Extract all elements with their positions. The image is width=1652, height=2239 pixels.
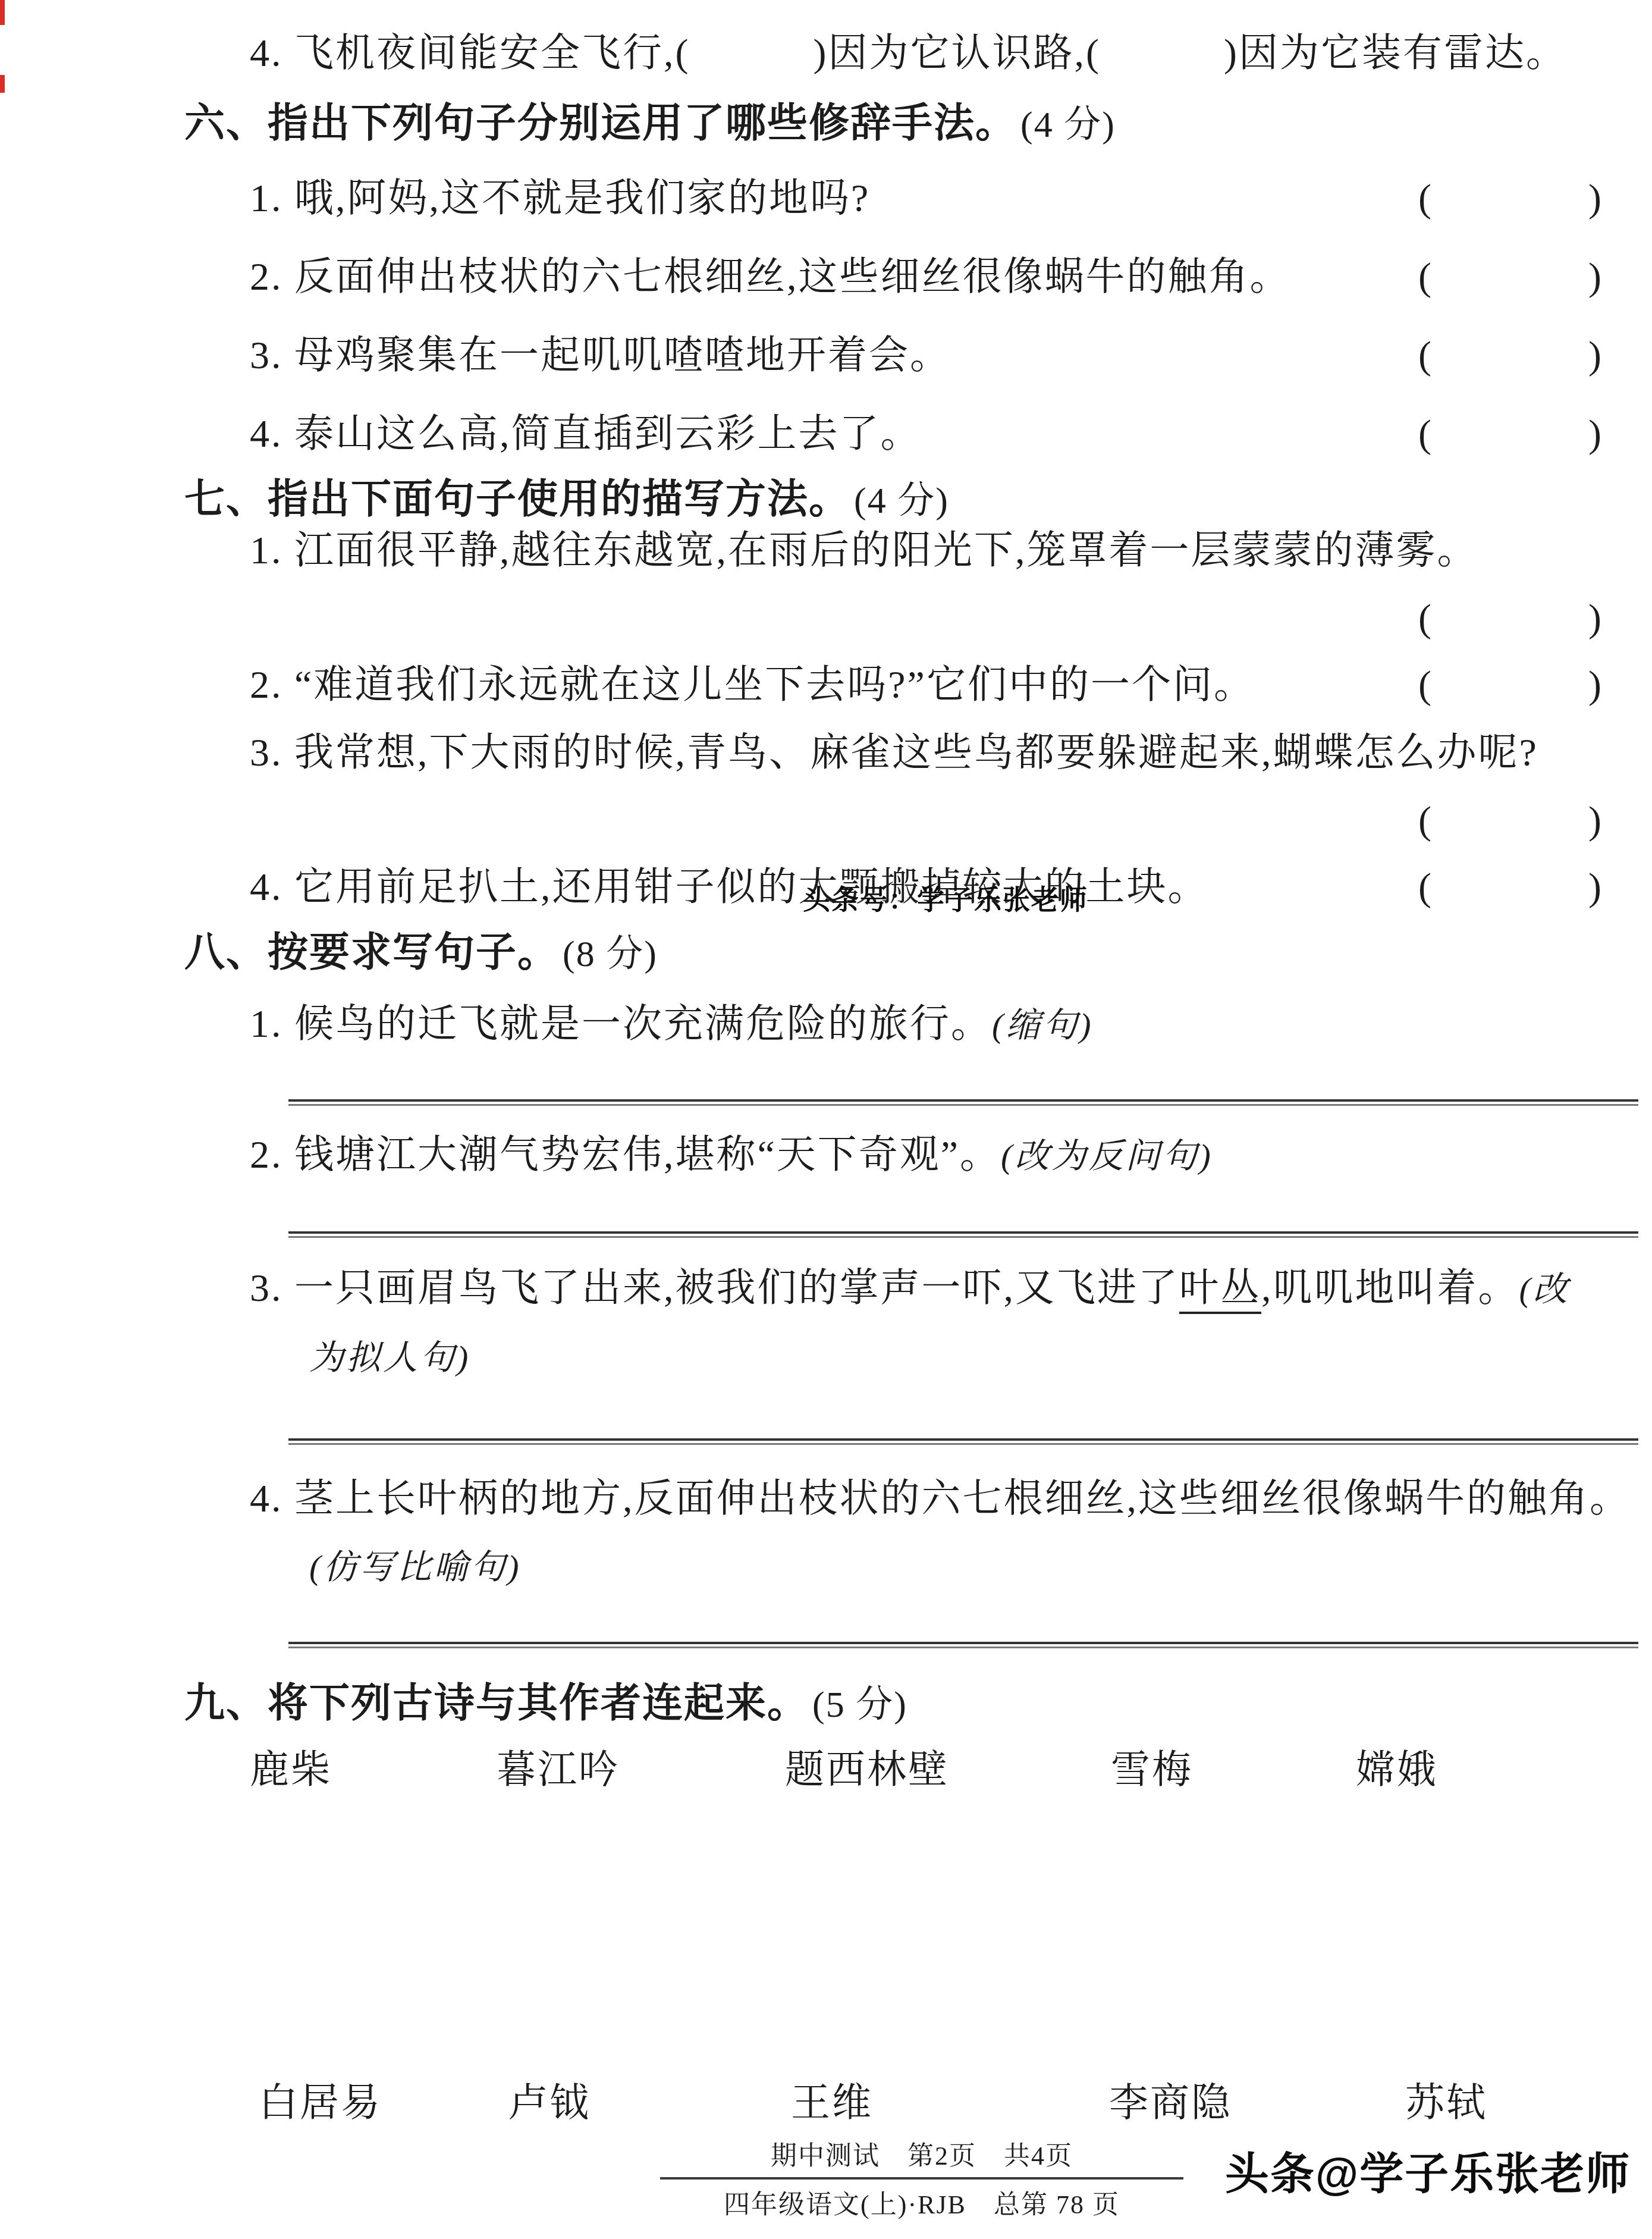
answer-blank: ( ): [1418, 412, 1601, 457]
section-six-question-2: 2. 反面伸出枝状的六七根细丝,这些细丝很像蜗牛的触角。 ( ): [250, 255, 1291, 300]
section-six-header: 六、指出下列句子分别运用了哪些修辞手法。(4 分): [184, 100, 1116, 146]
section-eight-question-1: 1. 候鸟的迁飞就是一次充满危险的旅行。(缩句): [250, 1002, 1094, 1047]
footer-test-page-info: 期中测试 第2页 共4页: [642, 2134, 1201, 2172]
question-text: 3. 我常想,下大雨的时候,青鸟、麻雀这些鸟都要躲避起来,蝴蝶怎么办呢?: [250, 731, 1538, 774]
answer-line: [288, 1231, 1638, 1238]
watermark-bottom: 头条@学子乐张老师: [1225, 2149, 1631, 2199]
answer-blank: ( ): [1418, 596, 1601, 641]
section-nine-header: 九、将下列古诗与其作者连起来。(5 分): [184, 1680, 907, 1726]
section-seven-score: (4 分): [854, 481, 949, 521]
question-text: 4. 飞机夜间能安全飞行,( )因为它认识路,( )因为它装有雷达。: [250, 32, 1567, 75]
poem-author: 王维: [791, 2081, 873, 2126]
question-text: 4. 泰山这么高,简直插到云彩上去了。: [250, 412, 922, 456]
answer-blank: ( ): [1418, 798, 1601, 843]
answer-blank: ( ): [1418, 255, 1601, 300]
section-eight-title: 八、按要求写句子。: [184, 930, 559, 975]
section-seven-title: 七、指出下面句子使用的描写方法。: [184, 476, 850, 522]
underlined-word: 叶丛: [1179, 1266, 1261, 1314]
exam-page: 4. 飞机夜间能安全飞行,( )因为它认识路,( )因为它装有雷达。 六、指出下…: [0, 0, 1652, 2239]
question-text: 4. 茎上长叶柄的地方,反面伸出枝状的六七根细丝,这些细丝很像蜗牛的触角。: [250, 1477, 1631, 1520]
question-text: 2. “难道我们永远就在这儿坐下去吗?”它们中的一个问。: [250, 663, 1255, 707]
poem-title: 暮江吟: [497, 1748, 620, 1793]
poem-author: 卢钺: [508, 2081, 591, 2126]
poem-title: 鹿柴: [250, 1748, 332, 1793]
question-hint-wrap: (仿写比喻句): [309, 1548, 522, 1588]
question-text: 3. 母鸡聚集在一起叽叽喳喳地开着会。: [250, 334, 951, 377]
poem-title: 嫦娥: [1356, 1748, 1438, 1793]
answer-blank: ( ): [1418, 333, 1601, 378]
question-hint-wrap: 为拟人句): [309, 1338, 470, 1378]
section-seven-question-3: 3. 我常想,下大雨的时候,青鸟、麻雀这些鸟都要躲避起来,蝴蝶怎么办呢?: [250, 730, 1538, 776]
footer-book-page-info: 四年级语文(上)·RJB 总第 78 页: [642, 2183, 1201, 2221]
answer-blank: ( ): [1418, 176, 1601, 221]
answer-line: [288, 1438, 1638, 1445]
question-text: 1. 候鸟的迁飞就是一次充满危险的旅行。: [250, 1002, 992, 1046]
section-eight-header: 八、按要求写句子。(8 分): [184, 929, 658, 976]
answer-blank: ( ): [1418, 663, 1601, 708]
carryover-question-4: 4. 飞机夜间能安全飞行,( )因为它认识路,( )因为它装有雷达。: [250, 31, 1567, 76]
section-nine-score: (5 分): [812, 1685, 907, 1725]
section-six-title: 六、指出下列句子分别运用了哪些修辞手法。: [184, 101, 1017, 146]
question-text: 1. 江面很平静,越往东越宽,在雨后的阳光下,笼罩着一层蒙蒙的薄雾。: [250, 529, 1478, 572]
question-hint: (改: [1519, 1270, 1570, 1309]
section-eight-question-3: 3. 一只画眉鸟飞了出来,被我们的掌声一吓,又飞进了叶丛,叽叽地叫着。(改: [250, 1266, 1570, 1311]
section-eight-question-2: 2. 钱塘江大潮气势宏伟,堪称“天下奇观”。(改为反问句): [250, 1133, 1213, 1178]
section-six-question-4: 4. 泰山这么高,简直插到云彩上去了。 ( ): [250, 412, 922, 457]
poem-author: 白居易: [259, 2081, 382, 2126]
question-text: 2. 钱塘江大潮气势宏伟,堪称“天下奇观”。: [250, 1133, 1001, 1177]
poem-author: 苏轼: [1405, 2081, 1487, 2126]
answer-blank: ( ): [1418, 865, 1601, 910]
poem-title: 题西林壁: [785, 1748, 949, 1793]
answer-line: [288, 1642, 1638, 1648]
poem-title: 雪梅: [1111, 1748, 1193, 1793]
section-seven-header: 七、指出下面句子使用的描写方法。(4 分): [184, 476, 949, 522]
poem-author: 李商隐: [1109, 2081, 1232, 2126]
section-eight-question-4: 4. 茎上长叶柄的地方,反面伸出枝状的六七根细丝,这些细丝很像蜗牛的触角。: [250, 1476, 1631, 1522]
section-nine-title: 九、将下列古诗与其作者连起来。: [184, 1680, 809, 1726]
question-text: 3. 一只画眉鸟飞了出来,被我们的掌声一吓,又飞进了: [250, 1266, 1179, 1310]
question-text: 2. 反面伸出枝状的六七根细丝,这些细丝很像蜗牛的触角。: [250, 255, 1291, 299]
question-text: 1. 哦,阿妈,这不就是我们家的地吗?: [250, 177, 870, 220]
footer-divider: [660, 2177, 1183, 2180]
section-seven-question-2: 2. “难道我们永远就在这儿坐下去吗?”它们中的一个问。 ( ): [250, 663, 1255, 708]
section-six-question-3: 3. 母鸡聚集在一起叽叽喳喳地开着会。 ( ): [250, 333, 951, 378]
question-text: ,叽叽地叫着。: [1261, 1266, 1519, 1310]
page-footer: 期中测试 第2页 共4页 四年级语文(上)·RJB 总第 78 页: [642, 2134, 1201, 2221]
watermark-middle: 头条号：学子乐张老师: [803, 884, 1088, 915]
section-six-score: (4 分): [1020, 105, 1116, 145]
answer-line: [288, 1099, 1638, 1106]
scan-edge-red-mark: [0, 0, 5, 25]
section-seven-question-1: 1. 江面很平静,越往东越宽,在雨后的阳光下,笼罩着一层蒙蒙的薄雾。: [250, 528, 1478, 573]
section-six-question-1: 1. 哦,阿妈,这不就是我们家的地吗? ( ): [250, 176, 870, 221]
question-hint: (缩句): [992, 1006, 1094, 1045]
section-eight-score: (8 分): [563, 934, 658, 974]
scan-edge-red-mark: [0, 75, 5, 93]
question-hint: (改为反问句): [1001, 1137, 1213, 1175]
